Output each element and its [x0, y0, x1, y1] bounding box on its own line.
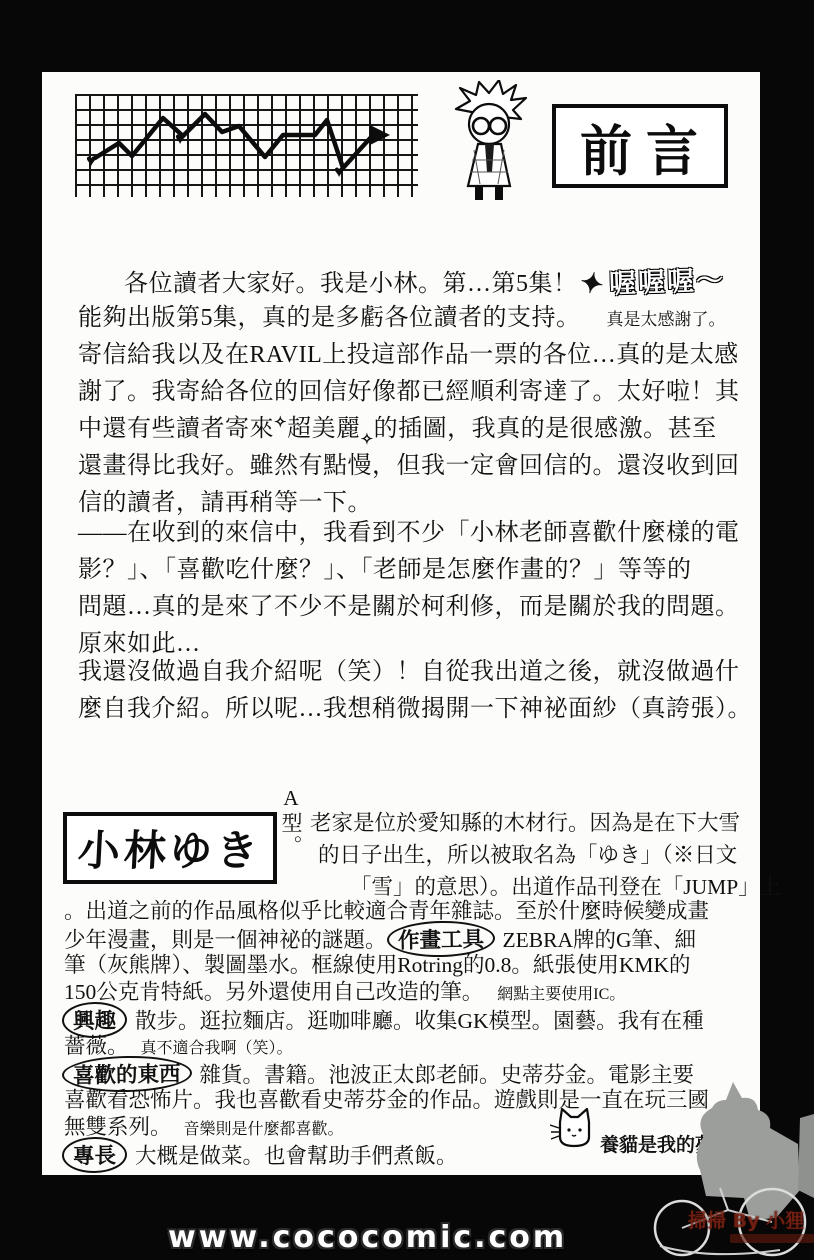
scanlation-credit: 掃掃 By 小狸	[688, 1206, 804, 1233]
paragraph-line: ——在收到的來信中，我看到不少「小林老師喜歡什麼樣的電	[78, 512, 740, 547]
paragraph-line: 能夠出版第5集，真的是多虧各位讀者的支持。真是太感謝了。	[78, 297, 726, 332]
paragraph-line: 中還有些讀者寄來✧超美麗✧的插圖，我真的是很感激。甚至	[78, 408, 717, 449]
glasses-icon	[473, 118, 489, 134]
page-title: 前言	[568, 107, 712, 186]
sparkle-icon: ✧	[274, 413, 287, 432]
paragraph-line: 各位讀者大家好。我是小林。第…第5集！✦喔喔喔～	[124, 260, 725, 301]
profile-label-skill: 專長	[62, 1136, 128, 1173]
zigzag-chart-doodle: ♥ ♥ ♥	[75, 94, 418, 197]
paragraph-line: 麼自我介紹。所以呢…我想稍微揭開一下神祕面紗（真誇張）。	[78, 688, 752, 723]
aside-note: 真是太感謝了。	[607, 310, 726, 329]
paragraph-line: 影？」、「喜歡吃什麼？」、「老師是怎麼作畫的？」等等的	[78, 549, 692, 584]
manga-page: ♥ ♥ ♥ 前言 各位讀者大家好。我是小林。第…第5集！✦喔喔喔～ 能夠出版第5…	[0, 0, 814, 1260]
paragraph-line: 謝了。我寄給各位的回信好像都已經順利寄達了。太好啦！其	[78, 371, 740, 406]
aside-note: 真不適合我啊（笑）。	[141, 1040, 293, 1057]
zigzag-line: ♥ ♥ ♥	[75, 94, 418, 197]
paragraph-line: 還畫得比我好。雖然有點慢，但我一定會回信的。還沒收到回	[78, 445, 740, 480]
heart-icon: ♥	[86, 151, 96, 170]
blood-type-label: A型。	[276, 786, 306, 858]
aside-note: 音樂則是什麼都喜歡。	[184, 1121, 344, 1138]
heart-icon: ♥	[175, 129, 185, 148]
author-name: 小林ゆき	[76, 818, 263, 878]
author-name-box: 小林ゆき	[63, 812, 277, 884]
profile-line: 老家是位於愛知縣的木材行。因為是在下大雪	[310, 806, 740, 837]
paragraph-line: 我還沒做過自我介紹呢（笑）！自從我出道之後，就沒做過什	[78, 651, 740, 686]
paragraph-line: 寄信給我以及在RAVIL上投這部作品一票的各位…真的是太感	[78, 334, 739, 369]
heart-icon: ♥	[334, 162, 344, 181]
profile-line: 的日子出生，所以被取名為「ゆき」（※日文	[318, 838, 737, 869]
handwritten-note: 喔喔喔～	[609, 258, 726, 301]
profile-line: 專長大概是做菜。也會幫助手們煮飯。	[62, 1137, 458, 1173]
preface-title-box: 前言	[552, 104, 728, 188]
cat-doodle-icon	[550, 1106, 596, 1150]
scanlation-credit-subline	[730, 1234, 814, 1243]
chibi-author-drawing	[448, 80, 530, 204]
site-url-watermark: www.cococomic.com	[168, 1220, 567, 1255]
aside-note: 網點主要使用IC。	[497, 986, 625, 1003]
arrow-icon	[370, 125, 390, 145]
paragraph-line: 問題…真的是來了不少不是關於柯利修，而是關於我的問題。	[78, 586, 740, 621]
